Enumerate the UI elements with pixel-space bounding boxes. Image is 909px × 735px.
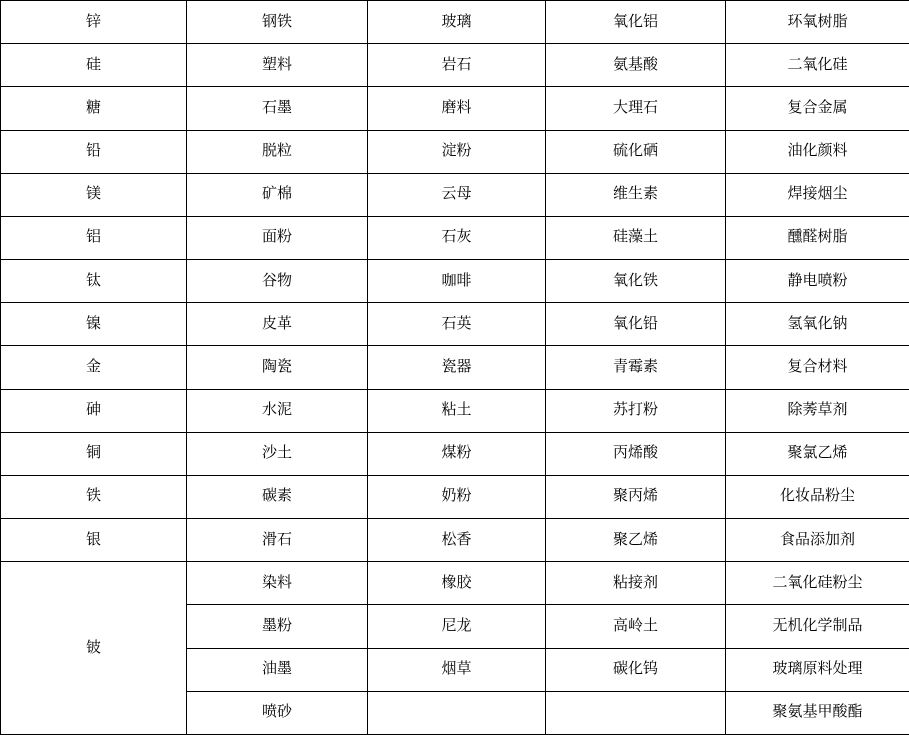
table-cell: 醺醛树脂 [726, 216, 909, 259]
table-row: 砷水泥粘土苏打粉除莠草剂 [1, 389, 909, 432]
table-row: 镁矿棉云母维生素焊接烟尘 [1, 173, 909, 216]
table-cell [368, 691, 546, 734]
table-cell: 粘土 [368, 389, 546, 432]
table-row: 钛谷物咖啡氧化铁静电喷粉 [1, 260, 909, 303]
table-cell: 油化颜料 [726, 130, 909, 173]
table-row: 铜沙土煤粉丙烯酸聚氯乙烯 [1, 432, 909, 475]
table-cell: 硅藻土 [546, 216, 726, 259]
table-cell: 喷砂 [187, 691, 368, 734]
table-cell: 硅 [1, 44, 187, 87]
table-cell: 硫化硒 [546, 130, 726, 173]
table-row: 镍皮革石英氧化铅氢氧化钠 [1, 303, 909, 346]
table-cell: 氨基酸 [546, 44, 726, 87]
table-cell: 谷物 [187, 260, 368, 303]
table-cell: 无机化学制品 [726, 605, 909, 648]
table-cell: 陶瓷 [187, 346, 368, 389]
table-cell: 煤粉 [368, 432, 546, 475]
table-body: 锌钢铁玻璃氧化铝环氧树脂硅塑料岩石氨基酸二氧化硅糖石墨磨料大理石复合金属铅脱粒淀… [1, 1, 909, 735]
table-cell: 二氧化硅 [726, 44, 909, 87]
table-cell: 油墨 [187, 648, 368, 691]
table-cell: 静电喷粉 [726, 260, 909, 303]
table-cell: 墨粉 [187, 605, 368, 648]
table-cell: 云母 [368, 173, 546, 216]
table-cell: 岩石 [368, 44, 546, 87]
table-cell: 粘接剂 [546, 562, 726, 605]
table-cell: 橡胶 [368, 562, 546, 605]
table-cell: 钛 [1, 260, 187, 303]
table-cell: 除莠草剂 [726, 389, 909, 432]
table-cell: 铅 [1, 130, 187, 173]
table-cell: 糖 [1, 87, 187, 130]
table-cell: 松香 [368, 519, 546, 562]
table-cell: 咖啡 [368, 260, 546, 303]
table-cell: 铜 [1, 432, 187, 475]
table-cell: 脱粒 [187, 130, 368, 173]
table-cell: 铁 [1, 475, 187, 518]
table-cell: 化妆品粉尘 [726, 475, 909, 518]
table-cell: 面粉 [187, 216, 368, 259]
table-cell: 氧化铁 [546, 260, 726, 303]
table-cell: 维生素 [546, 173, 726, 216]
table-cell: 聚氯乙烯 [726, 432, 909, 475]
table-cell: 石墨 [187, 87, 368, 130]
table-row: 锌钢铁玻璃氧化铝环氧树脂 [1, 1, 909, 44]
table-cell: 砷 [1, 389, 187, 432]
table-cell: 氢氧化钠 [726, 303, 909, 346]
table-cell-rowspan: 铍 [1, 562, 187, 735]
table-cell: 聚氨基甲酸酯 [726, 691, 909, 734]
table-cell: 镁 [1, 173, 187, 216]
materials-table: 锌钢铁玻璃氧化铝环氧树脂硅塑料岩石氨基酸二氧化硅糖石墨磨料大理石复合金属铅脱粒淀… [0, 0, 909, 735]
table-cell: 锌 [1, 1, 187, 44]
table-cell: 食品添加剂 [726, 519, 909, 562]
table-cell: 聚乙烯 [546, 519, 726, 562]
table-cell: 碳素 [187, 475, 368, 518]
table-row: 糖石墨磨料大理石复合金属 [1, 87, 909, 130]
table-cell [546, 691, 726, 734]
table-cell: 淀粉 [368, 130, 546, 173]
table-cell: 聚丙烯 [546, 475, 726, 518]
table-cell: 焊接烟尘 [726, 173, 909, 216]
table-cell: 水泥 [187, 389, 368, 432]
table-cell: 矿棉 [187, 173, 368, 216]
table-cell: 镍 [1, 303, 187, 346]
table-cell: 高岭土 [546, 605, 726, 648]
table-row: 铝面粉石灰硅藻土醺醛树脂 [1, 216, 909, 259]
table-cell: 铝 [1, 216, 187, 259]
table-cell: 银 [1, 519, 187, 562]
table-row: 银滑石松香聚乙烯食品添加剂 [1, 519, 909, 562]
table-cell: 石灰 [368, 216, 546, 259]
table-cell: 碳化钨 [546, 648, 726, 691]
table-cell: 磨料 [368, 87, 546, 130]
table-cell: 复合材料 [726, 346, 909, 389]
table-cell: 二氧化硅粉尘 [726, 562, 909, 605]
table-cell: 苏打粉 [546, 389, 726, 432]
table-cell: 瓷器 [368, 346, 546, 389]
table-row: 铍染料橡胶粘接剂二氧化硅粉尘 [1, 562, 909, 605]
table-row: 铁碳素奶粉聚丙烯化妆品粉尘 [1, 475, 909, 518]
table-cell: 石英 [368, 303, 546, 346]
table-cell: 氧化铝 [546, 1, 726, 44]
table-cell: 玻璃原料处理 [726, 648, 909, 691]
table-cell: 氧化铅 [546, 303, 726, 346]
table-cell: 钢铁 [187, 1, 368, 44]
table-cell: 环氧树脂 [726, 1, 909, 44]
table-row: 金陶瓷瓷器青霉素复合材料 [1, 346, 909, 389]
table-row: 铅脱粒淀粉硫化硒油化颜料 [1, 130, 909, 173]
table-cell: 青霉素 [546, 346, 726, 389]
table-cell: 沙土 [187, 432, 368, 475]
table-cell: 金 [1, 346, 187, 389]
table-cell: 皮革 [187, 303, 368, 346]
table-cell: 大理石 [546, 87, 726, 130]
table-cell: 滑石 [187, 519, 368, 562]
table-cell: 塑料 [187, 44, 368, 87]
table-cell: 复合金属 [726, 87, 909, 130]
page: 锌钢铁玻璃氧化铝环氧树脂硅塑料岩石氨基酸二氧化硅糖石墨磨料大理石复合金属铅脱粒淀… [0, 0, 909, 735]
table-cell: 奶粉 [368, 475, 546, 518]
table-cell: 丙烯酸 [546, 432, 726, 475]
table-cell: 玻璃 [368, 1, 546, 44]
table-row: 硅塑料岩石氨基酸二氧化硅 [1, 44, 909, 87]
table-cell: 烟草 [368, 648, 546, 691]
table-cell: 染料 [187, 562, 368, 605]
table-cell: 尼龙 [368, 605, 546, 648]
